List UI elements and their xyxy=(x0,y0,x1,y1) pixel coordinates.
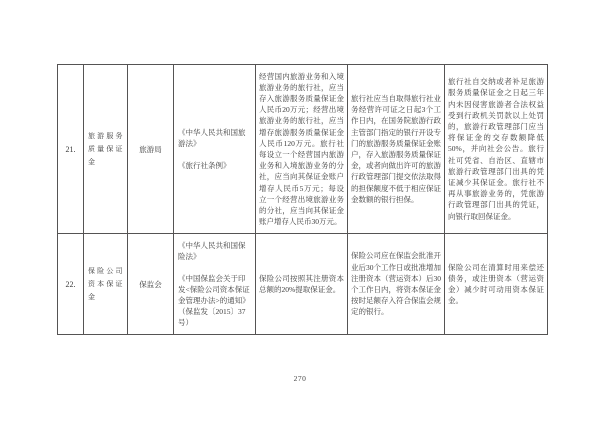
deposit-funds-table: 21. 旅游服务质量保证金 旅游局 《中华人民共和国旅游法》 《旅行社条例》 经… xyxy=(57,64,548,335)
cell-legal-basis: 《中华人民共和国保险法》 《中国保监会关于印发<保险公司资本保证金管理办法>的通… xyxy=(174,234,256,335)
cell-collection-standard: 经营国内旅游业务和入境旅游业务的旅行社，应当存入旅游服务质量保证金人民币20万元… xyxy=(256,65,348,234)
legal-basis-item: 《中国保监会关于印发<保险公司资本保证金管理办法>的通知》（保监发〔2015〕3… xyxy=(178,273,251,328)
page-number: 270 xyxy=(0,374,600,383)
cell-serial-number: 22. xyxy=(58,234,84,335)
table-row: 21. 旅游服务质量保证金 旅游局 《中华人民共和国旅游法》 《旅行社条例》 经… xyxy=(58,65,548,234)
document-page: 21. 旅游服务质量保证金 旅游局 《中华人民共和国旅游法》 《旅行社条例》 经… xyxy=(0,0,600,424)
cell-authority: 旅游局 xyxy=(128,65,174,234)
cell-authority: 保监会 xyxy=(128,234,174,335)
cell-deposit-name: 保险公司资本保证金 xyxy=(84,234,128,335)
cell-refund-use: 保险公司在清算时用来偿还债务，或注册资本（营运资金）减少时可动用资本保证金。 xyxy=(445,234,548,335)
cell-serial-number: 21. xyxy=(58,65,84,234)
cell-deposit-name: 旅游服务质量保证金 xyxy=(84,65,128,234)
cell-legal-basis: 《中华人民共和国旅游法》 《旅行社条例》 xyxy=(174,65,256,234)
cell-deposit-method: 保险公司应在保监会批准开业后30个工作日或批准增加注册资本（营运资本）后30个工… xyxy=(348,234,445,335)
table-row: 22. 保险公司资本保证金 保监会 《中华人民共和国保险法》 《中国保监会关于印… xyxy=(58,234,548,335)
cell-collection-standard: 保险公司按照其注册资本总额的20%提取保证金。 xyxy=(256,234,348,335)
cell-refund-use: 旅行社自交纳或者补足旅游服务质量保证金之日起三年内未因侵害旅游者合法权益受到行政… xyxy=(445,65,548,234)
legal-basis-item: 《中华人民共和国旅游法》 xyxy=(178,127,251,149)
legal-basis-item: 《中华人民共和国保险法》 xyxy=(178,240,251,262)
cell-deposit-method: 旅行社应当自取得旅行社业务经营许可证之日起3个工作日内，在国务院旅游行政主管部门… xyxy=(348,65,445,234)
legal-basis-item: 《旅行社条例》 xyxy=(178,160,251,171)
